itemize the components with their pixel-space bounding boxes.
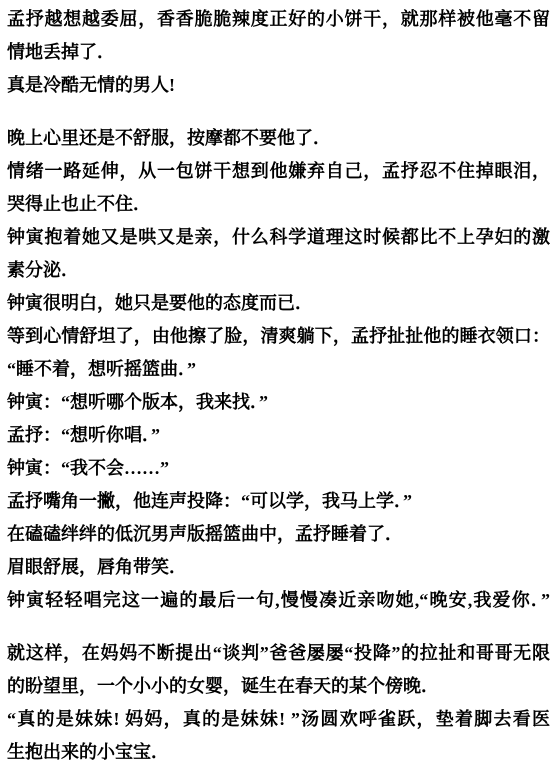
text-line: 生抱出来的小宝宝． [7,736,550,769]
text-line: 晚上心里还是不舒服，按摩都不要他了． [7,122,550,155]
text-line: 情绪一路延伸，从一包饼干想到他嫌弃自己，孟抒忍不住掉眼泪， [7,155,550,188]
text-line: 真是冷酷无情的男人! [7,69,550,102]
text-line: 孟抒嘴角一撇，他连声投降：“可以学，我马上学．” [7,485,550,518]
text-line: 钟寅抱着她又是哄又是亲，什么科学道理这时候都比不上孕妇的激 [7,221,550,254]
text-line: 孟抒越想越委屈，香香脆脆辣度正好的小饼干，就那样被他毫不留 [7,3,550,36]
text-line: 就这样，在妈妈不断提出“谈判”爸爸屡屡“投降”的拉扯和哥哥无限 [7,637,550,670]
text-line: 钟寅：“我不会……” [7,452,550,485]
text-line: “睡不着，想听摇篮曲．” [7,353,550,386]
text-line: 孟抒：“想听你唱．” [7,419,550,452]
text-line: 眉眼舒展，唇角带笑． [7,551,550,584]
text-line: 钟寅：“想听哪个版本，我来找．” [7,386,550,419]
text-line: 情地丢掉了． [7,36,550,69]
novel-text: 孟抒越想越委屈，香香脆脆辣度正好的小饼干，就那样被他毫不留情地丢掉了．真是冷酷无… [7,3,550,769]
paragraph-gap [7,617,550,637]
text-line: “真的是妹妹! 妈妈，真的是妹妹! ”汤圆欢呼雀跃，垫着脚去看医 [7,703,550,736]
text-line: 钟寅轻轻唱完这一遍的最后一句,慢慢凑近亲吻她,“晚安,我爱你．” [7,584,550,617]
text-line: 哭得止也止不住． [7,188,550,221]
text-line: 等到心情舒坦了，由他擦了脸，清爽躺下，孟抒扯扯他的睡衣领口： [7,320,550,353]
text-line: 钟寅很明白，她只是要他的态度而已． [7,287,550,320]
novel-page: 孟抒越想越委屈，香香脆脆辣度正好的小饼干，就那样被他毫不留情地丢掉了．真是冷酷无… [0,0,560,769]
text-line: 在磕磕绊绊的低沉男声版摇篮曲中，孟抒睡着了． [7,518,550,551]
paragraph-gap [7,102,550,122]
text-line: 素分泌． [7,254,550,287]
text-line: 的盼望里，一个小小的女婴，诞生在春天的某个傍晚． [7,670,550,703]
